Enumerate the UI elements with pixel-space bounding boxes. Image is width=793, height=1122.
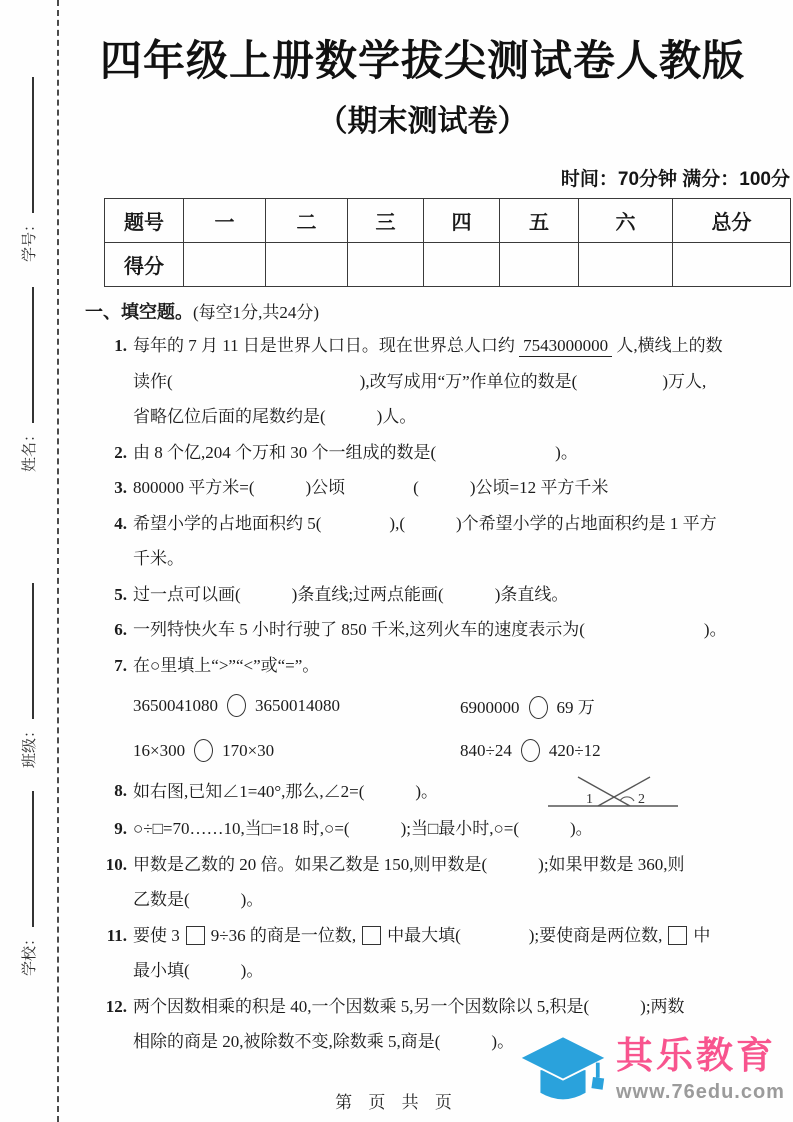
- score-table-header: 一: [184, 199, 266, 243]
- brand-url: www.76edu.com: [616, 1080, 785, 1104]
- page-subtitle: （期末测试卷）: [85, 102, 790, 142]
- question-line: 要使 39÷36 的商是一位数,中最大填( );要使商是两位数,中: [85, 918, 790, 954]
- comparison-item: 36500410803650014080: [133, 694, 460, 717]
- question-text: 如右图,已知∠1=40°,那么,∠2=( )。: [133, 774, 438, 810]
- section-note: (每空1分,共24分): [193, 303, 319, 322]
- digit-box-blank: [186, 926, 205, 945]
- question-text: 每年的 7 月 11 日是世界人口日。现在世界总人口约: [133, 336, 519, 355]
- question-number: 6.: [85, 612, 127, 648]
- comparison-left-value: 6900000: [460, 698, 520, 717]
- comparison-item: 16×300170×30: [133, 739, 460, 762]
- graduation-cap-icon: [516, 1034, 610, 1112]
- score-cell: [424, 243, 500, 287]
- time-and-score-info: 时间：70分钟 满分：100分: [85, 168, 790, 192]
- question-line: 读作( ),改写成用“万”作单位的数是( )万人,: [85, 364, 790, 400]
- school-label: 学校：: [18, 931, 39, 976]
- question-4: 4. 希望小学的占地面积约 5( ),( )个希望小学的占地面积约是 1 平方 …: [85, 506, 790, 577]
- question-line: ○÷□=70……10,当□=18 时,○=( );当□最小时,○=( )。: [85, 811, 790, 847]
- question-line: 由 8 个亿,204 个万和 30 个一组成的数是( )。: [85, 435, 790, 471]
- score-cell: [348, 243, 424, 287]
- score-cell: [266, 243, 348, 287]
- comparison-left-value: 840÷24: [460, 741, 512, 760]
- comparison-circle-blank: [227, 694, 246, 717]
- comparison-circle-blank: [529, 696, 548, 719]
- question-line: 如右图,已知∠1=40°,那么,∠2=( )。 1 2: [85, 773, 790, 811]
- question-10: 10. 甲数是乙数的 20 倍。如果乙数是 150,则甲数是( );如果甲数是 …: [85, 847, 790, 918]
- student-name-blank-line: [22, 287, 34, 423]
- section-heading: 一、填空题。(每空1分,共24分): [85, 299, 790, 326]
- comparison-right-value: 420÷12: [549, 741, 601, 760]
- school-blank-line: [22, 791, 34, 927]
- question-text: 9÷36 的商是一位数,: [211, 926, 356, 945]
- score-table-header: 三: [348, 199, 424, 243]
- question-number: 5.: [85, 577, 127, 613]
- question-7: 7. 在○里填上“>”“<”或“=”。 36500410803650014080…: [85, 648, 790, 774]
- question-9: 9. ○÷□=70……10,当□=18 时,○=( );当□最小时,○=( )。: [85, 811, 790, 847]
- question-number: 12.: [85, 989, 127, 1025]
- score-cell: [579, 243, 673, 287]
- question-3: 3. 800000 平方米=( )公顷 ( )公顷=12 平方千米: [85, 470, 790, 506]
- comparison-row: 16×300170×30 840÷24420÷12: [85, 728, 790, 773]
- seal-dashed-line: [57, 0, 59, 1122]
- comparison-row: 36500410803650014080 690000069 万: [85, 683, 790, 728]
- question-number: 10.: [85, 847, 127, 883]
- question-6: 6. 一列特快火车 5 小时行驶了 850 千米,这列火车的速度表示为( )。: [85, 612, 790, 648]
- question-text: 要使 3: [133, 926, 180, 945]
- score-table-header: 五: [500, 199, 579, 243]
- comparison-circle-blank: [194, 739, 213, 762]
- comparison-left-value: 16×300: [133, 741, 185, 760]
- comparison-right-value: 3650014080: [255, 696, 340, 715]
- question-number: 3.: [85, 470, 127, 506]
- question-number: 7.: [85, 648, 127, 684]
- question-5: 5. 过一点可以画( )条直线;过两点能画( )条直线。: [85, 577, 790, 613]
- score-table-score-row: 得分: [105, 243, 791, 287]
- comparison-left-value: 3650041080: [133, 696, 218, 715]
- brand-name: 其乐教育: [616, 1034, 785, 1078]
- score-table-header: 题号: [105, 199, 184, 243]
- class-label: 班级：: [18, 723, 39, 768]
- score-row-label: 得分: [105, 243, 184, 287]
- question-1: 1. 每年的 7 月 11 日是世界人口日。现在世界总人口约 754300000…: [85, 328, 790, 435]
- publisher-logo: 其乐教育 www.76edu.com: [516, 1034, 785, 1112]
- question-number: 1.: [85, 328, 127, 364]
- test-paper-page: 学号： 姓名： 班级： 学校： 四年级上册数学拔尖测试卷人教版 （期末测试卷） …: [0, 0, 793, 1122]
- student-id-label: 学号：: [18, 217, 39, 262]
- score-cell: [500, 243, 579, 287]
- question-line: 每年的 7 月 11 日是世界人口日。现在世界总人口约 7543000000 人…: [85, 328, 790, 364]
- question-line: 甲数是乙数的 20 倍。如果乙数是 150,则甲数是( );如果甲数是 360,…: [85, 847, 790, 883]
- student-name-field: 姓名：: [16, 272, 40, 472]
- comparison-item: 690000069 万: [460, 693, 595, 719]
- comparison-right-value: 69 万: [557, 698, 595, 717]
- score-table: 题号 一 二 三 四 五 六 总分 得分: [104, 198, 791, 287]
- question-line: 千米。: [85, 541, 790, 577]
- student-id-blank-line: [22, 77, 34, 213]
- question-11: 11. 要使 39÷36 的商是一位数,中最大填( );要使商是两位数,中 最小…: [85, 918, 790, 989]
- comparison-circle-blank: [521, 739, 540, 762]
- score-cell: [673, 243, 791, 287]
- question-number: 11.: [85, 918, 127, 954]
- question-text: 中最大填( );要使商是两位数,: [387, 926, 662, 945]
- question-number: 9.: [85, 811, 127, 847]
- score-table-header: 二: [266, 199, 348, 243]
- question-line: 两个因数相乘的积是 40,一个因数乘 5,另一个因数除以 5,积是( );两数: [85, 989, 790, 1025]
- question-number: 2.: [85, 435, 127, 471]
- question-line: 一列特快火车 5 小时行驶了 850 千米,这列火车的速度表示为( )。: [85, 612, 790, 648]
- digit-box-blank: [668, 926, 687, 945]
- question-line: 希望小学的占地面积约 5( ),( )个希望小学的占地面积约是 1 平方: [85, 506, 790, 542]
- underlined-number: 7543000000: [519, 336, 612, 357]
- question-line: 省略亿位后面的尾数约是( )人。: [85, 399, 790, 435]
- score-cell: [184, 243, 266, 287]
- question-number: 8.: [85, 773, 127, 809]
- question-2: 2. 由 8 个亿,204 个万和 30 个一组成的数是( )。: [85, 435, 790, 471]
- question-line: 800000 平方米=( )公顷 ( )公顷=12 平方千米: [85, 470, 790, 506]
- class-blank-line: [22, 583, 34, 719]
- angle-diagram: 1 2: [542, 773, 682, 811]
- question-text: 人,横线上的数: [612, 336, 723, 355]
- angle-2-label: 2: [638, 792, 645, 807]
- question-number: 4.: [85, 506, 127, 542]
- score-table-header: 总分: [673, 199, 791, 243]
- question-line: 在○里填上“>”“<”或“=”。: [85, 648, 790, 684]
- digit-box-blank: [362, 926, 381, 945]
- page-title: 四年级上册数学拔尖测试卷人教版: [85, 36, 790, 86]
- score-table-header: 四: [424, 199, 500, 243]
- class-field: 班级：: [16, 568, 40, 768]
- fill-in-blank-questions: 1. 每年的 7 月 11 日是世界人口日。现在世界总人口约 754300000…: [85, 328, 790, 1060]
- comparison-right-value: 170×30: [222, 741, 274, 760]
- student-name-label: 姓名：: [18, 427, 39, 472]
- question-8: 8. 如右图,已知∠1=40°,那么,∠2=( )。 1 2: [85, 773, 790, 811]
- score-table-header-row: 题号 一 二 三 四 五 六 总分: [105, 199, 791, 243]
- section-title: 一、填空题。: [85, 302, 193, 322]
- question-text: 中: [693, 926, 710, 945]
- score-table-header: 六: [579, 199, 673, 243]
- school-field: 学校：: [16, 776, 40, 976]
- question-line: 最小填( )。: [85, 953, 790, 989]
- comparison-item: 840÷24420÷12: [460, 739, 601, 762]
- angle-1-label: 1: [586, 792, 593, 807]
- question-line: 乙数是( )。: [85, 882, 790, 918]
- question-line: 过一点可以画( )条直线;过两点能画( )条直线。: [85, 577, 790, 613]
- student-id-field: 学号：: [16, 62, 40, 262]
